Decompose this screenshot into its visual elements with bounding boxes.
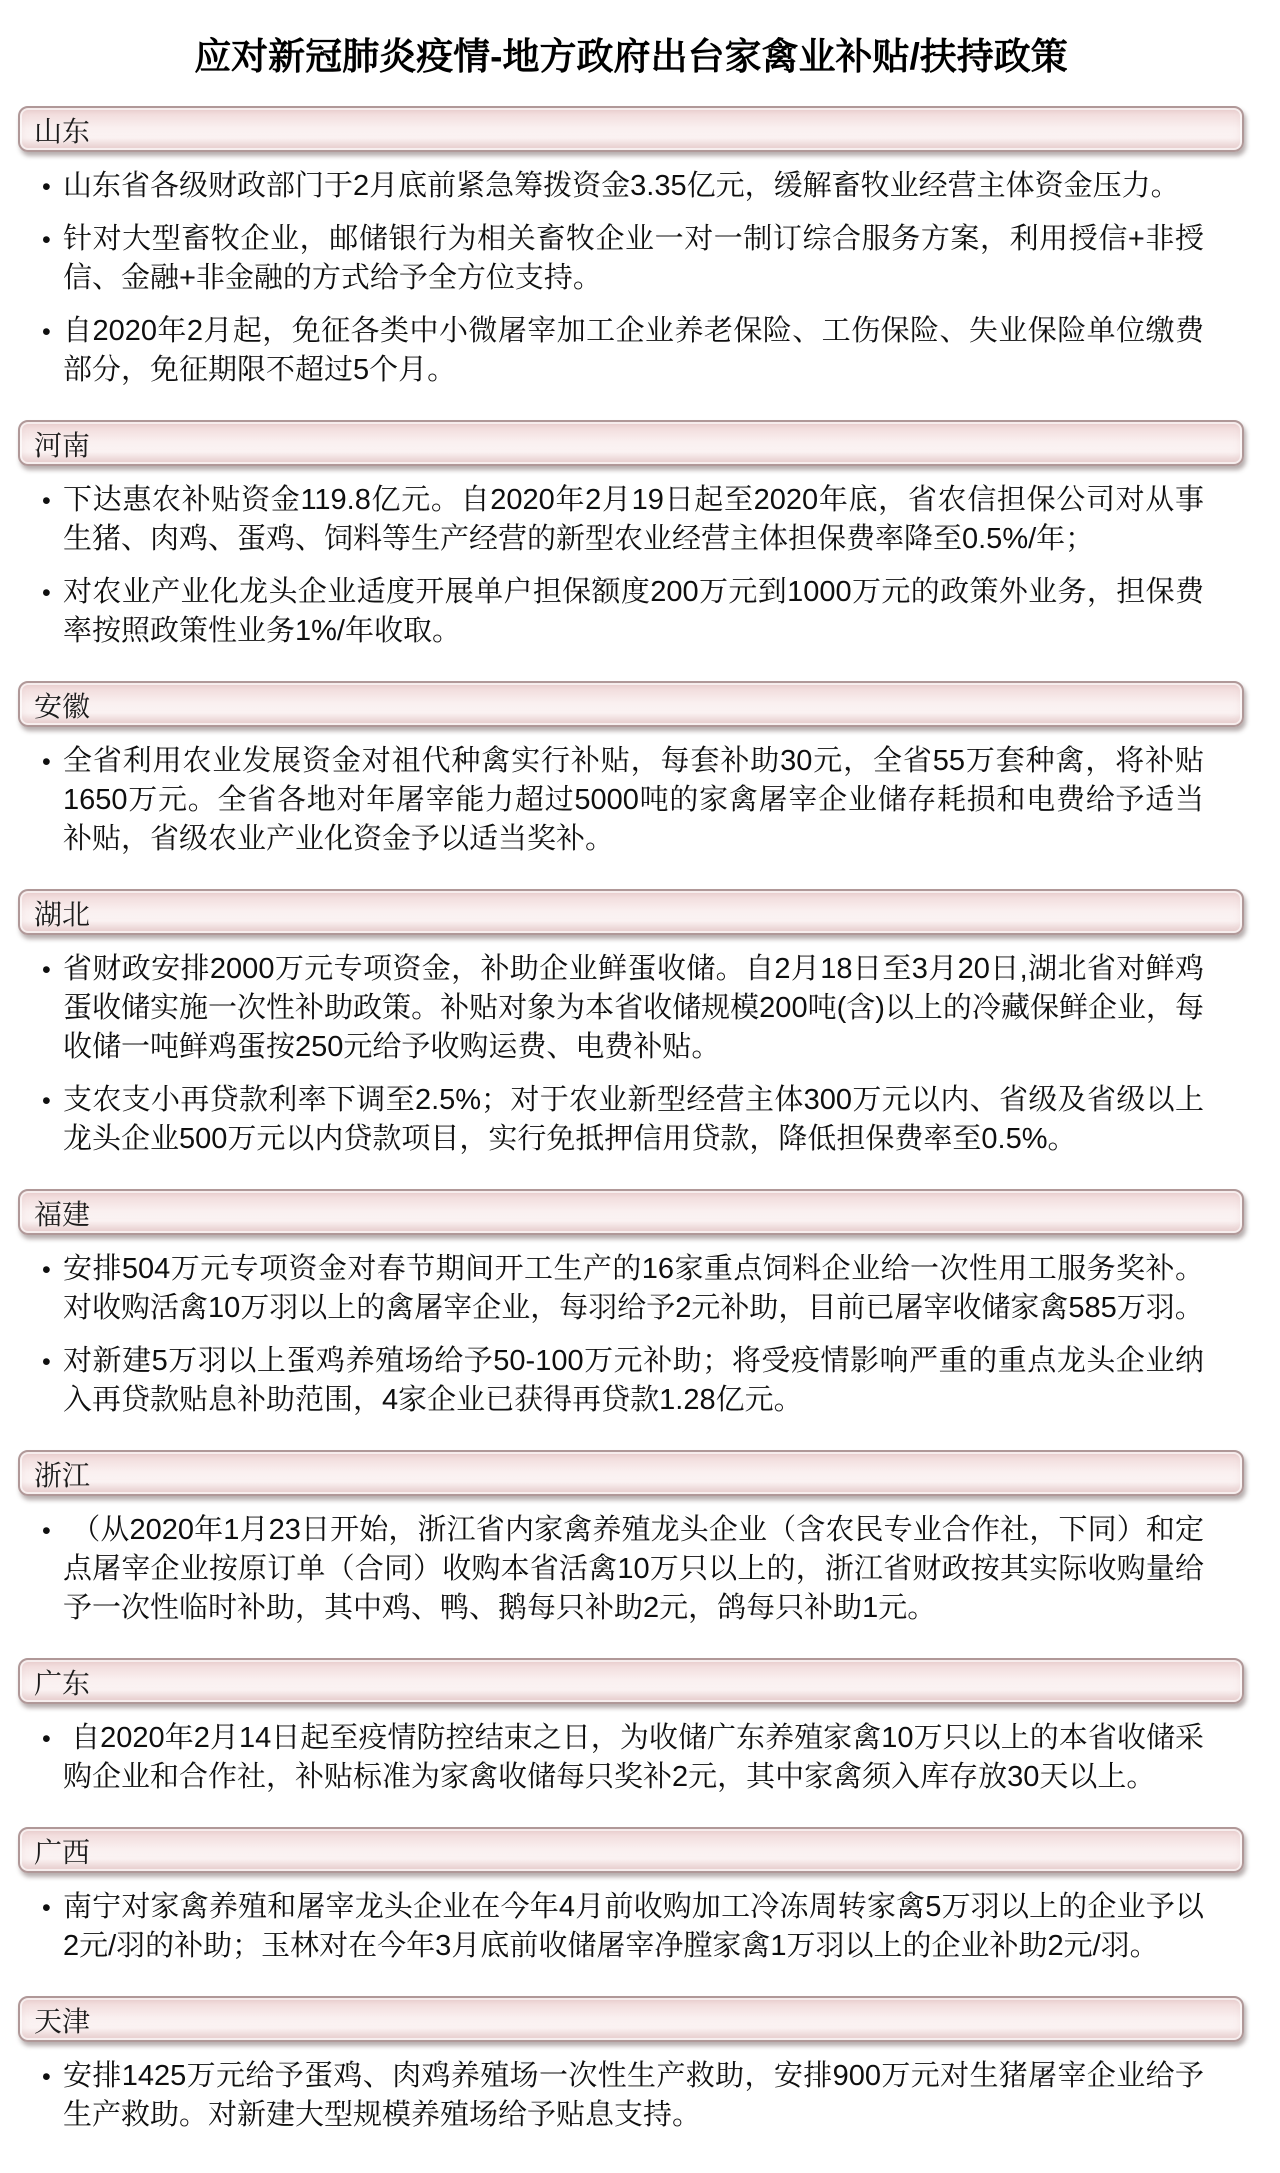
province-name: 广东 — [34, 1662, 90, 1702]
province-section: 广西 南宁对家禽养殖和屠宰龙头企业在今年4月前收购加工冷冻周转家禽5万羽以上的企… — [18, 1827, 1244, 1966]
policy-bullet: 下达惠农补贴资金119.8亿元。自2020年2月19日起至2020年底，省农信担… — [42, 481, 1204, 559]
sections-container: 山东 山东省各级财政部门于2月底前紧急筹拨资金3.35亿元，缓解畜牧业经营主体资… — [18, 106, 1244, 2135]
province-header-bar: 天津 — [18, 1996, 1244, 2042]
province-header-bar: 湖北 — [18, 889, 1244, 935]
policy-bullet: 山东省各级财政部门于2月底前紧急筹拨资金3.35亿元，缓解畜牧业经营主体资金压力… — [42, 167, 1204, 206]
province-section: 安徽 全省利用农业发展资金对祖代种禽实行补贴，每套补助30元，全省55万套种禽，… — [18, 681, 1244, 859]
policy-bullet: 自2020年2月14日起至疫情防控结束之日，为收储广东养殖家禽10万只以上的本省… — [42, 1719, 1204, 1797]
province-header-bar: 河南 — [18, 420, 1244, 466]
policy-bullet: 省财政安排2000万元专项资金，补助企业鲜蛋收储。自2月18日至3月20日,湖北… — [42, 950, 1204, 1067]
province-name: 天津 — [34, 2000, 90, 2040]
policy-bullet: 安排1425万元给予蛋鸡、肉鸡养殖场一次性生产救助，安排900万元对生猪屠宰企业… — [42, 2057, 1204, 2135]
province-name: 河南 — [34, 424, 90, 464]
policy-bullet: 南宁对家禽养殖和屠宰龙头企业在今年4月前收购加工冷冻周转家禽5万羽以上的企业予以… — [42, 1888, 1204, 1966]
policy-bullet: （从2020年1月23日开始，浙江省内家禽养殖龙头企业（含农民专业合作社，下同）… — [42, 1511, 1204, 1628]
province-header-bar: 广西 — [18, 1827, 1244, 1873]
province-name: 浙江 — [34, 1454, 90, 1494]
province-name: 山东 — [34, 110, 90, 150]
policy-bullet-list: 自2020年2月14日起至疫情防控结束之日，为收储广东养殖家禽10万只以上的本省… — [18, 1719, 1244, 1797]
policy-bullet: 针对大型畜牧企业，邮储银行为相关畜牧企业一对一制订综合服务方案，利用授信+非授信… — [42, 220, 1204, 298]
province-name: 广西 — [34, 1831, 90, 1871]
province-section: 浙江 （从2020年1月23日开始，浙江省内家禽养殖龙头企业（含农民专业合作社，… — [18, 1450, 1244, 1628]
policy-bullet-list: 全省利用农业发展资金对祖代种禽实行补贴，每套补助30元，全省55万套种禽，将补贴… — [18, 742, 1244, 859]
province-header-bar: 广东 — [18, 1658, 1244, 1704]
province-section: 河南 下达惠农补贴资金119.8亿元。自2020年2月19日起至2020年底，省… — [18, 420, 1244, 651]
province-section: 广东 自2020年2月14日起至疫情防控结束之日，为收储广东养殖家禽10万只以上… — [18, 1658, 1244, 1797]
policy-bullet-list: 安排504万元专项资金对春节期间开工生产的16家重点饲料企业给一次性用工服务奖补… — [18, 1250, 1244, 1420]
province-name: 福建 — [34, 1193, 90, 1233]
policy-bullet: 全省利用农业发展资金对祖代种禽实行补贴，每套补助30元，全省55万套种禽，将补贴… — [42, 742, 1204, 859]
province-header-bar: 福建 — [18, 1189, 1244, 1235]
province-name: 湖北 — [34, 893, 90, 933]
policy-bullet-list: 安排1425万元给予蛋鸡、肉鸡养殖场一次性生产救助，安排900万元对生猪屠宰企业… — [18, 2057, 1244, 2135]
province-section: 山东 山东省各级财政部门于2月底前紧急筹拨资金3.35亿元，缓解畜牧业经营主体资… — [18, 106, 1244, 390]
province-section: 湖北 省财政安排2000万元专项资金，补助企业鲜蛋收储。自2月18日至3月20日… — [18, 889, 1244, 1159]
province-header-bar: 安徽 — [18, 681, 1244, 727]
province-header-bar: 浙江 — [18, 1450, 1244, 1496]
policy-bullet-list: （从2020年1月23日开始，浙江省内家禽养殖龙头企业（含农民专业合作社，下同）… — [18, 1511, 1244, 1628]
province-section: 天津 安排1425万元给予蛋鸡、肉鸡养殖场一次性生产救助，安排900万元对生猪屠… — [18, 1996, 1244, 2135]
policy-bullet: 自2020年2月起，免征各类中小微屠宰加工企业养老保险、工伤保险、失业保险单位缴… — [42, 312, 1204, 390]
policy-bullet-list: 南宁对家禽养殖和屠宰龙头企业在今年4月前收购加工冷冻周转家禽5万羽以上的企业予以… — [18, 1888, 1244, 1966]
policy-bullet: 支农支小再贷款利率下调至2.5%；对于农业新型经营主体300万元以内、省级及省级… — [42, 1081, 1204, 1159]
policy-bullet-list: 省财政安排2000万元专项资金，补助企业鲜蛋收储。自2月18日至3月20日,湖北… — [18, 950, 1244, 1159]
slide-page: 应对新冠肺炎疫情-地方政府出台家禽业补贴/扶持政策 山东 山东省各级财政部门于2… — [0, 0, 1280, 2173]
province-section: 福建 安排504万元专项资金对春节期间开工生产的16家重点饲料企业给一次性用工服… — [18, 1189, 1244, 1420]
policy-bullet: 对新建5万羽以上蛋鸡养殖场给予50-100万元补助；将受疫情影响严重的重点龙头企… — [42, 1342, 1204, 1420]
policy-bullet: 对农业产业化龙头企业适度开展单户担保额度200万元到1000万元的政策外业务，担… — [42, 573, 1204, 651]
province-header-bar: 山东 — [18, 106, 1244, 152]
province-name: 安徽 — [34, 685, 90, 725]
policy-bullet-list: 山东省各级财政部门于2月底前紧急筹拨资金3.35亿元，缓解畜牧业经营主体资金压力… — [18, 167, 1244, 390]
page-title: 应对新冠肺炎疫情-地方政府出台家禽业补贴/扶持政策 — [18, 26, 1244, 80]
policy-bullet-list: 下达惠农补贴资金119.8亿元。自2020年2月19日起至2020年底，省农信担… — [18, 481, 1244, 651]
policy-bullet: 安排504万元专项资金对春节期间开工生产的16家重点饲料企业给一次性用工服务奖补… — [42, 1250, 1204, 1328]
